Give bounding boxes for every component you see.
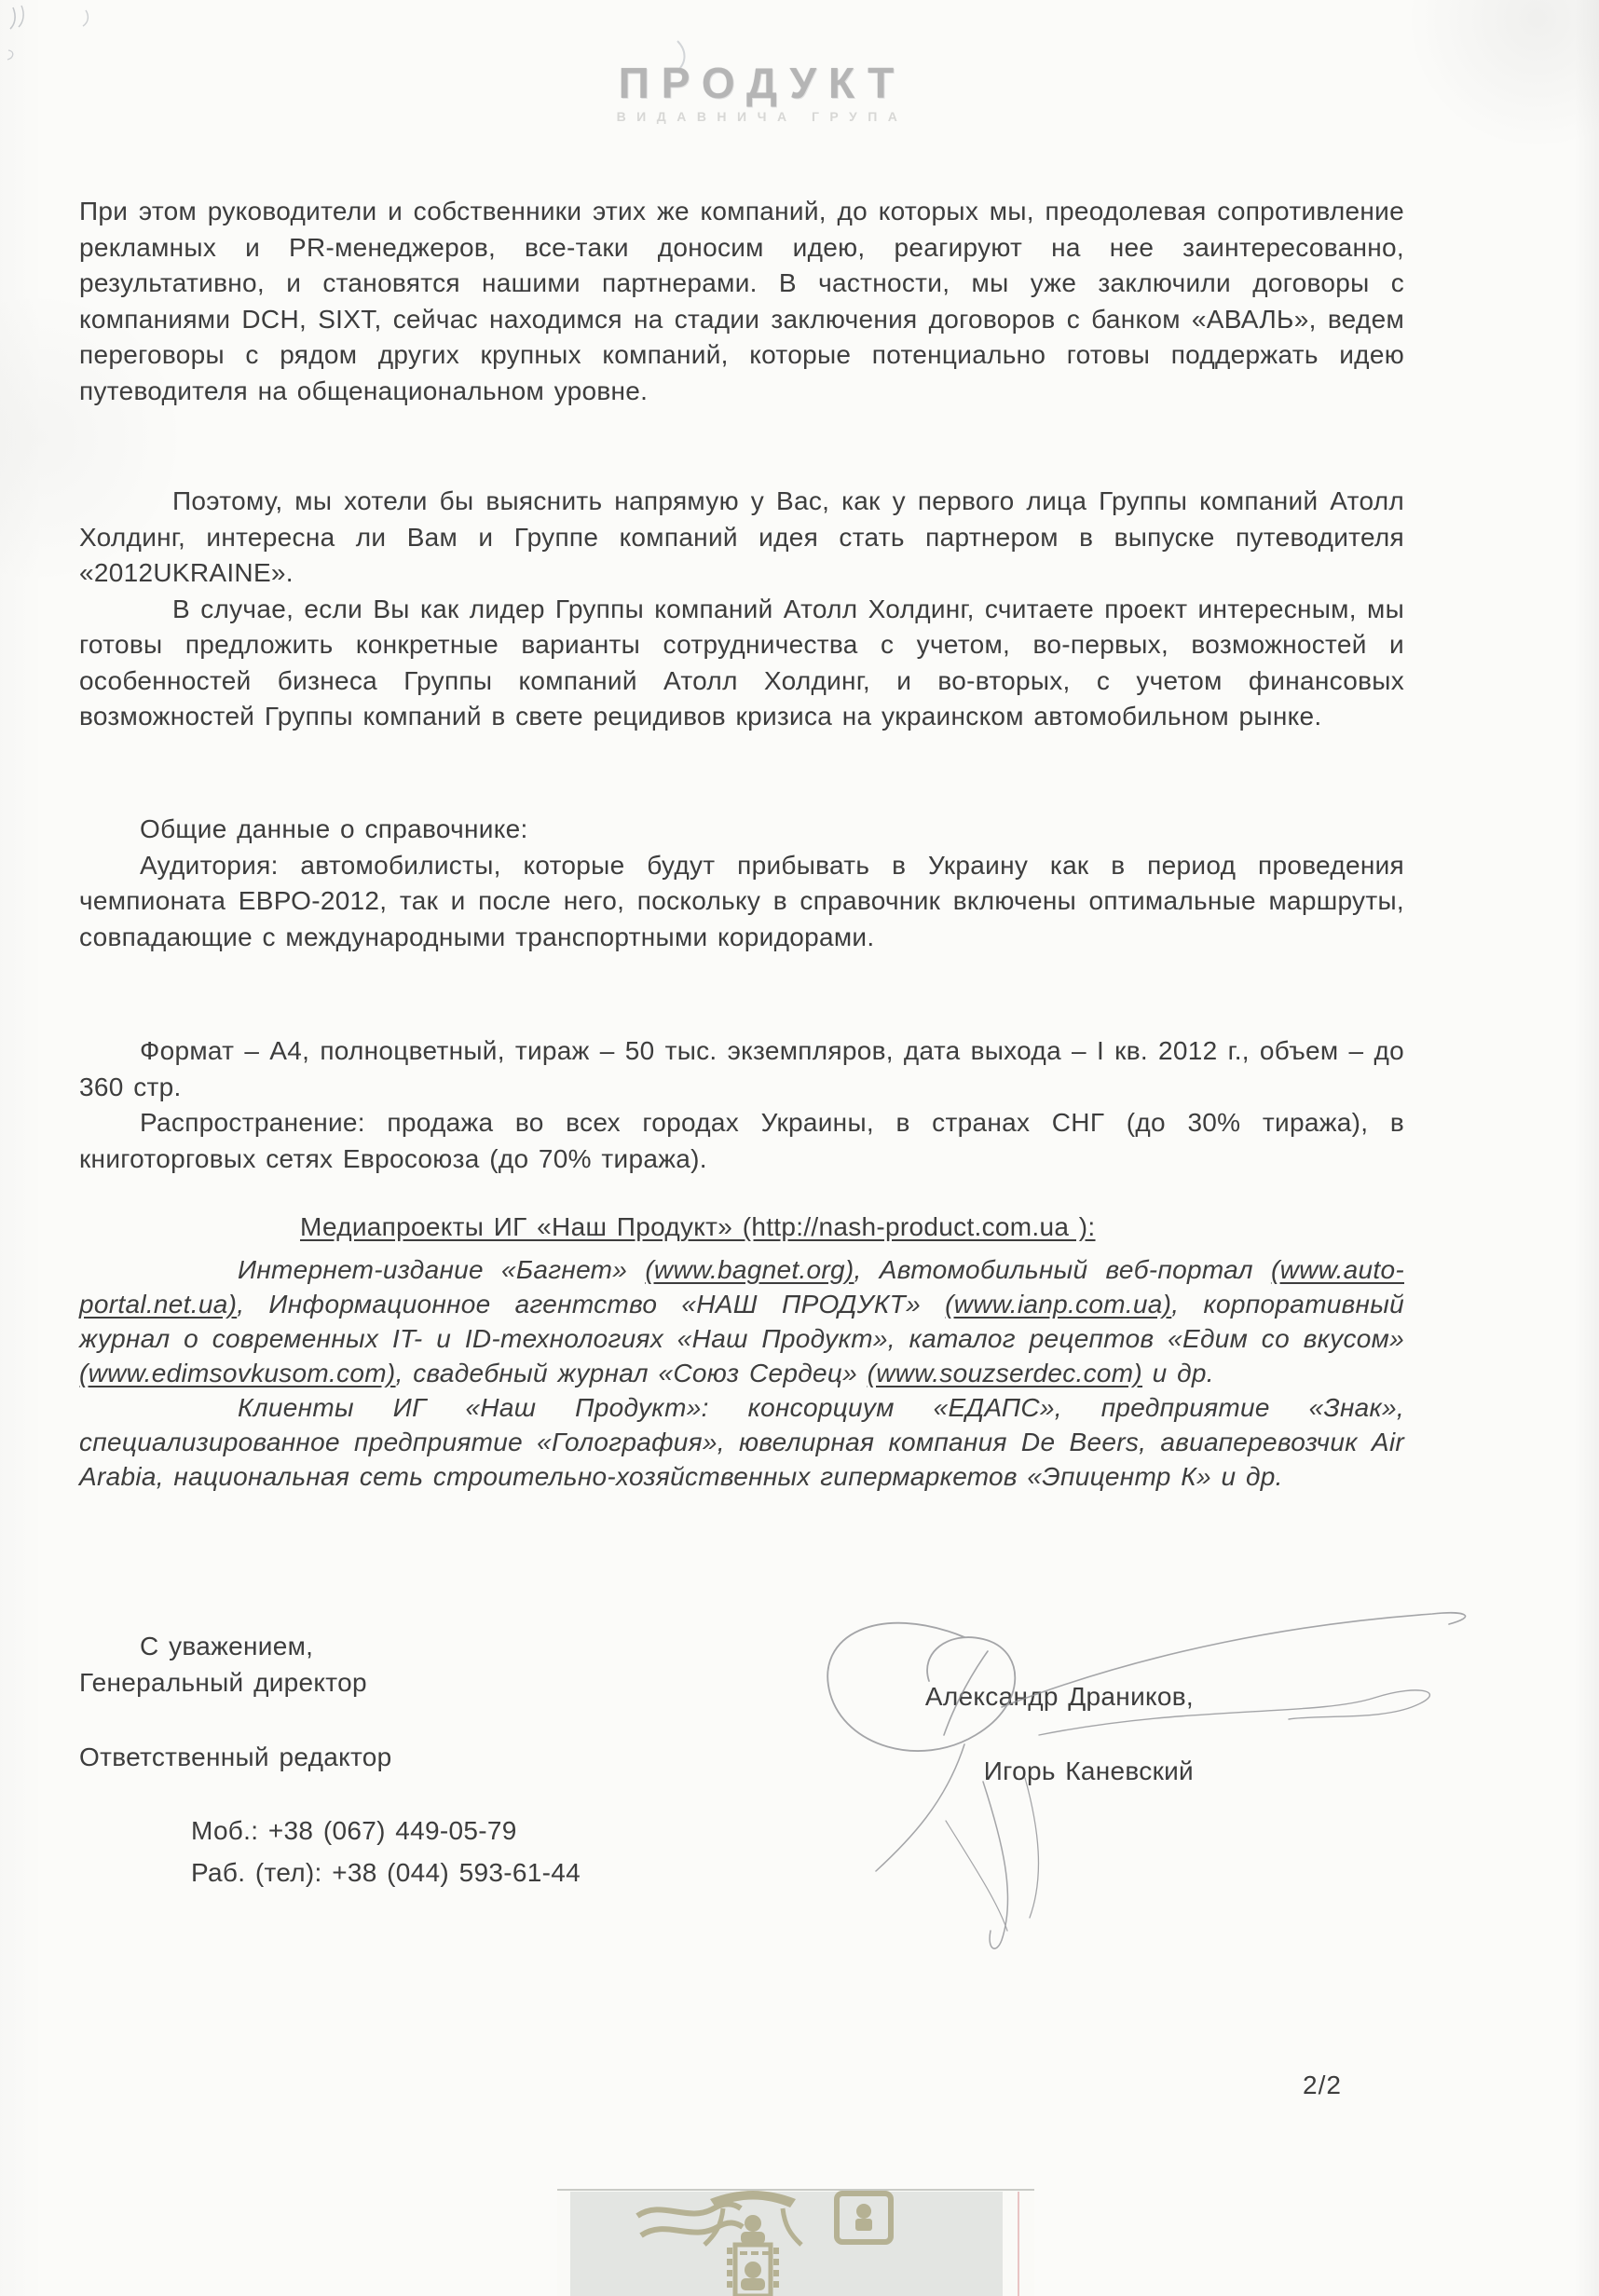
signature-row-spacer xyxy=(79,1701,1404,1740)
paragraph-media-projects: Интернет-издание «Багнет» (www.bagnet.or… xyxy=(79,1252,1404,1390)
logo-subtitle: ВИДАВНИЧА ГРУПА xyxy=(0,109,1562,124)
guide-data-heading: Общие данные о справочнике: xyxy=(79,812,1404,848)
scanned-letter-page: ПРОДУКТ ВИДАВНИЧА ГРУПА При этом руковод… xyxy=(0,0,1599,2296)
role-responsible-editor: Ответственный редактор xyxy=(79,1740,392,1776)
paragraph-distribution: Распространение: продажа во всех городах… xyxy=(79,1105,1404,1177)
paragraph-cooperation: В случае, если Вы как лидер Группы компа… xyxy=(79,592,1404,735)
name-general-director: Александр Драников, xyxy=(925,1679,1194,1715)
attachment-background xyxy=(570,2192,1003,2296)
name-responsible-editor: Игорь Каневский xyxy=(984,1754,1194,1790)
closing-salutation: С уважением, xyxy=(79,1629,1404,1665)
guide-data-section: Общие данные о справочнике: Аудитория: а… xyxy=(79,812,1404,955)
media-projects-section: Интернет-издание «Багнет» (www.bagnet.or… xyxy=(79,1252,1404,1494)
paragraph-clients: Клиенты ИГ «Наш Продукт»: консорциум «ЕД… xyxy=(79,1390,1404,1494)
page-number: 2/2 xyxy=(1303,2070,1342,2100)
phone-work: Раб. (тел): +38 (044) 593-61-44 xyxy=(191,1852,1404,1893)
signature-row-director: Генеральный директор Александр Драников, xyxy=(79,1665,1404,1701)
paragraph-audience: Аудитория: автомобилисты, которые будут … xyxy=(79,848,1404,956)
signature-row-editor: Ответственный редактор Игорь Каневский xyxy=(79,1740,1404,1776)
phone-mobile: Моб.: +38 (067) 449-05-79 xyxy=(191,1810,1404,1852)
guide-format-section: Формат – А4, полноцветный, тираж – 50 ты… xyxy=(79,1033,1404,1177)
letterhead-logo: ПРОДУКТ ВИДАВНИЧА ГРУПА xyxy=(0,58,1562,124)
signature-block: С уважением, Генеральный директор Алекса… xyxy=(79,1629,1404,1893)
paragraphs-proposal-cooperation: Поэтому, мы хотели бы выяснить напрямую … xyxy=(79,484,1404,735)
paragraph-format: Формат – А4, полноцветный, тираж – 50 ты… xyxy=(79,1033,1404,1105)
logo-title: ПРОДУКТ xyxy=(0,58,1562,108)
paragraph-proposal: Поэтому, мы хотели бы выяснить напрямую … xyxy=(79,484,1404,592)
phones-block: Моб.: +38 (067) 449-05-79 Раб. (тел): +3… xyxy=(191,1810,1404,1893)
media-projects-heading: Медиапроекты ИГ «Наш Продукт» (http://na… xyxy=(300,1209,1599,1246)
role-general-director: Генеральный директор xyxy=(79,1665,367,1701)
attachment-fragment xyxy=(557,2186,1034,2296)
paragraph-intro: При этом руководители и собственники эти… xyxy=(79,194,1404,409)
media-projects-heading-text: Медиапроекты ИГ «Наш Продукт» (http://na… xyxy=(300,1212,1096,1241)
